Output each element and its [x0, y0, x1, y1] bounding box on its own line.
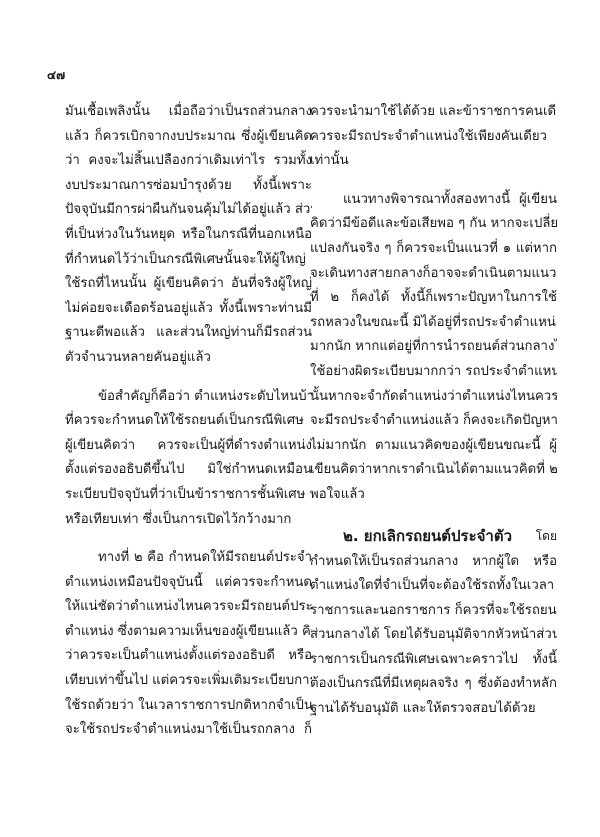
paragraph: ควรจะนำมาใช้ได้ด้วย และข้าราชการคนเดียว … [310, 100, 557, 174]
paragraph: ทางที่ ๒ คือ กำหนดให้มีรถยนต์ประจำ ตำแหน… [65, 546, 312, 743]
text-line: พอใจแล้ว [310, 483, 557, 508]
text-line: ตำแหน่งใดที่จำเป็นที่จะต้องใช้รถทั้งในเว… [310, 574, 557, 599]
text-line: ที่ ๒ ก็คงได้ ทั้งนี้ก็เพราะปัญหาในการใช… [310, 286, 557, 311]
right-column: ควรจะนำมาใช้ได้ด้วย และข้าราชการคนเดียว … [310, 100, 557, 722]
text-line: ตำแหน่ง ซึ่งตามความเห็นของผู้เขียนแล้ว ค… [65, 620, 312, 645]
paragraph: มันเชื้อเพลิงนั้น เมื่อถือว่าเป็นรถส่วนก… [65, 100, 312, 371]
text-line: แล้ว ก็ควรเบิกจากงบประมาณ ซึ่งผู้เขียนคิ… [65, 125, 312, 150]
text-line: ใช้รถด้วยว่า ในเวลาราชการปกติหากจำเป็นจะ [65, 694, 312, 719]
text-line: ปัจจุบันมีการผ่าผืนกันจนคุ้มไม่ได้อยู่แล… [65, 198, 312, 223]
text-line: ราชการและนอกราชการ ก็ควรที่จะใช้รถยนต์ [310, 599, 557, 624]
text-line: ควรจะนำมาใช้ได้ด้วย และข้าราชการคนเดียว [310, 100, 557, 125]
text-line: คิดว่ามีข้อดีและข้อเสียพอ ๆ กัน หากจะเปล… [310, 212, 557, 237]
paragraph: ข้อสำคัญก็คือว่า ตำแหน่งระดับไหนบ้าง ที่… [65, 385, 312, 533]
text-line: เขียนคิดว่าหากเราดำเนินได้ตามแนวคิดที่ ๒… [310, 458, 557, 483]
text-line: จะใช้รถประจำตำแหน่งมาใช้เป็นรถกลาง ก็ [65, 718, 312, 743]
text-line: ที่เป็นห่วงในวันหยุด หรือในกรณีที่นอกเหน… [65, 223, 312, 248]
text-line: ส่วนกลางได้ โดยได้รับอนุมัติจากหัวหน้าส่… [310, 623, 557, 648]
text-line: ควรจะมีรถประจำตำแหน่งใช้เพียงคันเดียว [310, 125, 557, 150]
text-line: มากนัก หากแต่อยู่ที่การนำรถยนต์ส่วนกลางไ… [310, 335, 557, 360]
text-line: จะเดินทางสายกลางก็อาจจะดำเนินตามแนวทาง [310, 262, 557, 287]
text-line: ราชการเป็นกรณีพิเศษเฉพาะคราวไป ทั้งนี้ [310, 648, 557, 673]
text-line: ฐานะดีพอแล้ว และส่วนใหญ่ท่านก็มีรถส่วน [65, 321, 312, 346]
text-line: ที่ควรจะกำหนดให้ใช้รถยนต์เป็นกรณีพิเศษ [65, 409, 312, 434]
text-line: ไม่มากนัก ตามแนวคิดของผู้เขียนขณะนี้ ผู้ [310, 434, 557, 459]
section: ๒. ยกเลิกรถยนต์ประจำตัว โดย กำหนดให้เป็น… [310, 522, 557, 722]
text-line: เท่านั้น [310, 149, 557, 174]
text-line: ทางที่ ๒ คือ กำหนดให้มีรถยนต์ประจำ [65, 546, 312, 571]
text-line: ต้องเป็นกรณีที่มีเหตุผลจริง ๆ ซึ่งต้องทำ… [310, 672, 557, 697]
text-line: แปลงกันจริง ๆ ก็ควรจะเป็นแนวที่ ๑ แต่หาก [310, 237, 557, 262]
text-line: ที่กำหนดไว้ว่าเป็นกรณีพิเศษนั้นจะให้ผู้ใ… [65, 248, 312, 273]
text-line: แนวทางพิจารณาทั้งสองทางนี้ ผู้เขียน [310, 188, 557, 213]
text-line: ตัวจำนวนหลายคันอยู่แล้ว [65, 346, 312, 371]
text-line: ฐานได้รับอนุมัติ และให้ตรวจสอบได้ด้วย [310, 697, 557, 722]
text-line: มันเชื้อเพลิงนั้น เมื่อถือว่าเป็นรถส่วนก… [65, 100, 312, 125]
text-line: ข้อสำคัญก็คือว่า ตำแหน่งระดับไหนบ้าง [65, 385, 312, 410]
section-heading-line: ๒. ยกเลิกรถยนต์ประจำตัว โดย [310, 522, 557, 550]
text-line: รถหลวงในขณะนี้ มิได้อยู่ที่รถประจำตำแหน่… [310, 311, 557, 336]
section-heading-tail: โดย [536, 522, 557, 550]
text-line: งบประมาณการซ่อมบำรุงด้วย ทั้งนี้เพราะ [65, 174, 312, 199]
page-number: ๔๗ [47, 66, 65, 85]
left-column: มันเชื้อเพลิงนั้น เมื่อถือว่าเป็นรถส่วนก… [65, 100, 312, 743]
text-line: ผู้เขียนคิดว่า ควรจะเป็นผู้ที่ดำรงตำแหน่… [65, 434, 312, 459]
text-line: ใช้อย่างผิดระเบียบมากกว่า รถประจำตำแหน่ง [310, 360, 557, 385]
text-line: นั้นหากจะจำกัดตำแหน่งว่าตำแหน่งไหนควร [310, 385, 557, 410]
text-line: ตั้งแต่รองอธิบดีขึ้นไป มิใช่กำหนดเหมือน [65, 458, 312, 483]
text-line: ใช้รถที่ไหนนั้น ผู้เขียนคิดว่า อันที่จริ… [65, 272, 312, 297]
text-line: ตำแหน่งเหมือนปัจจุบันนี้ แต่ควรจะกำหนด [65, 571, 312, 596]
text-line: จะมีรถประจำตำแหน่งแล้ว ก็คงจะเกิดปัญหา [310, 409, 557, 434]
text-line: ไม่ค่อยจะเดือดร้อนอยู่แล้ว ทั้งนี้เพราะท… [65, 297, 312, 322]
text-line: ให้แน่ชัดว่าตำแหน่งไหนควรจะมีรถยนต์ประจำ [65, 595, 312, 620]
text-line: หรือเทียบเท่า ซึ่งเป็นการเปิดไว้กว้างมาก [65, 508, 312, 533]
text-line: ระเบียบปัจจุบันที่ว่าเป็นข้าราชการชั้นพิ… [65, 483, 312, 508]
text-line: ว่า คงจะไม่สิ้นเปลืองกว่าเดิมเท่าไร รวมท… [65, 149, 312, 174]
section-heading: ๒. ยกเลิกรถยนต์ประจำตัว [343, 527, 512, 545]
text-line: ว่าควรจะเป็นตำแหน่งตั้งแต่รองอธิบดี หรือ [65, 644, 312, 669]
text-line: กำหนดให้เป็นรถส่วนกลาง หากผู้ใด หรือ [310, 550, 557, 575]
text-line: เทียบเท่าขึ้นไป แต่ควรจะเพิ่มเติมระเบียบ… [65, 669, 312, 694]
paragraph: แนวทางพิจารณาทั้งสองทางนี้ ผู้เขียน คิดว… [310, 188, 557, 508]
